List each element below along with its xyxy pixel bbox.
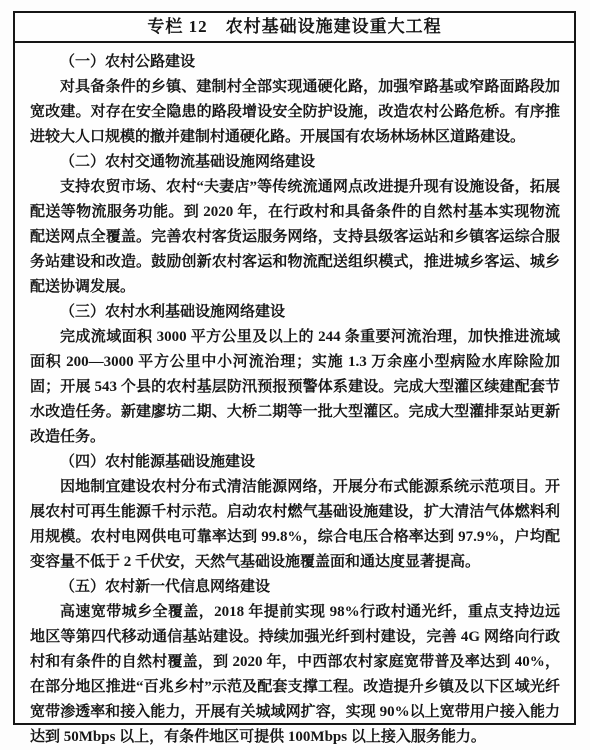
section-4-heading: （四）农村能源基础设施建设 [30,450,560,475]
section-5-body: 高速宽带城乡全覆盖，2018 年提前实现 98%行政村通光纤，重点支持边远地区等… [30,600,560,750]
section-2-heading: （二）农村交通物流基础设施网络建设 [30,150,560,175]
section-3-heading: （三）农村水利基础设施网络建设 [30,300,560,325]
panel-title: 专栏 12 农村基础设施建设重大工程 [15,13,574,43]
section-2-body: 支持农贸市场、农村“夫妻店”等传统流通网点改进提升现有设施设备，拓展配送等物流服… [30,175,560,300]
section-1-heading: （一）农村公路建设 [30,50,560,75]
section-1-body: 对具备条件的乡镇、建制村全部实现通硬化路，加强窄路基或窄路面路段加宽改建。对存在… [30,75,560,150]
document-panel: 专栏 12 农村基础设施建设重大工程 （一）农村公路建设 对具备条件的乡镇、建制… [13,11,576,725]
section-3-body: 完成流域面积 3000 平方公里及以上的 244 条重要河流治理，加快推进流域面… [30,325,560,450]
section-5-heading: （五）农村新一代信息网络建设 [30,575,560,600]
panel-body: （一）农村公路建设 对具备条件的乡镇、建制村全部实现通硬化路，加强窄路基或窄路面… [15,43,574,750]
section-4-body: 因地制宜建设农村分布式清洁能源网络，开展分布式能源系统示范项目。开展农村可再生能… [30,475,560,575]
